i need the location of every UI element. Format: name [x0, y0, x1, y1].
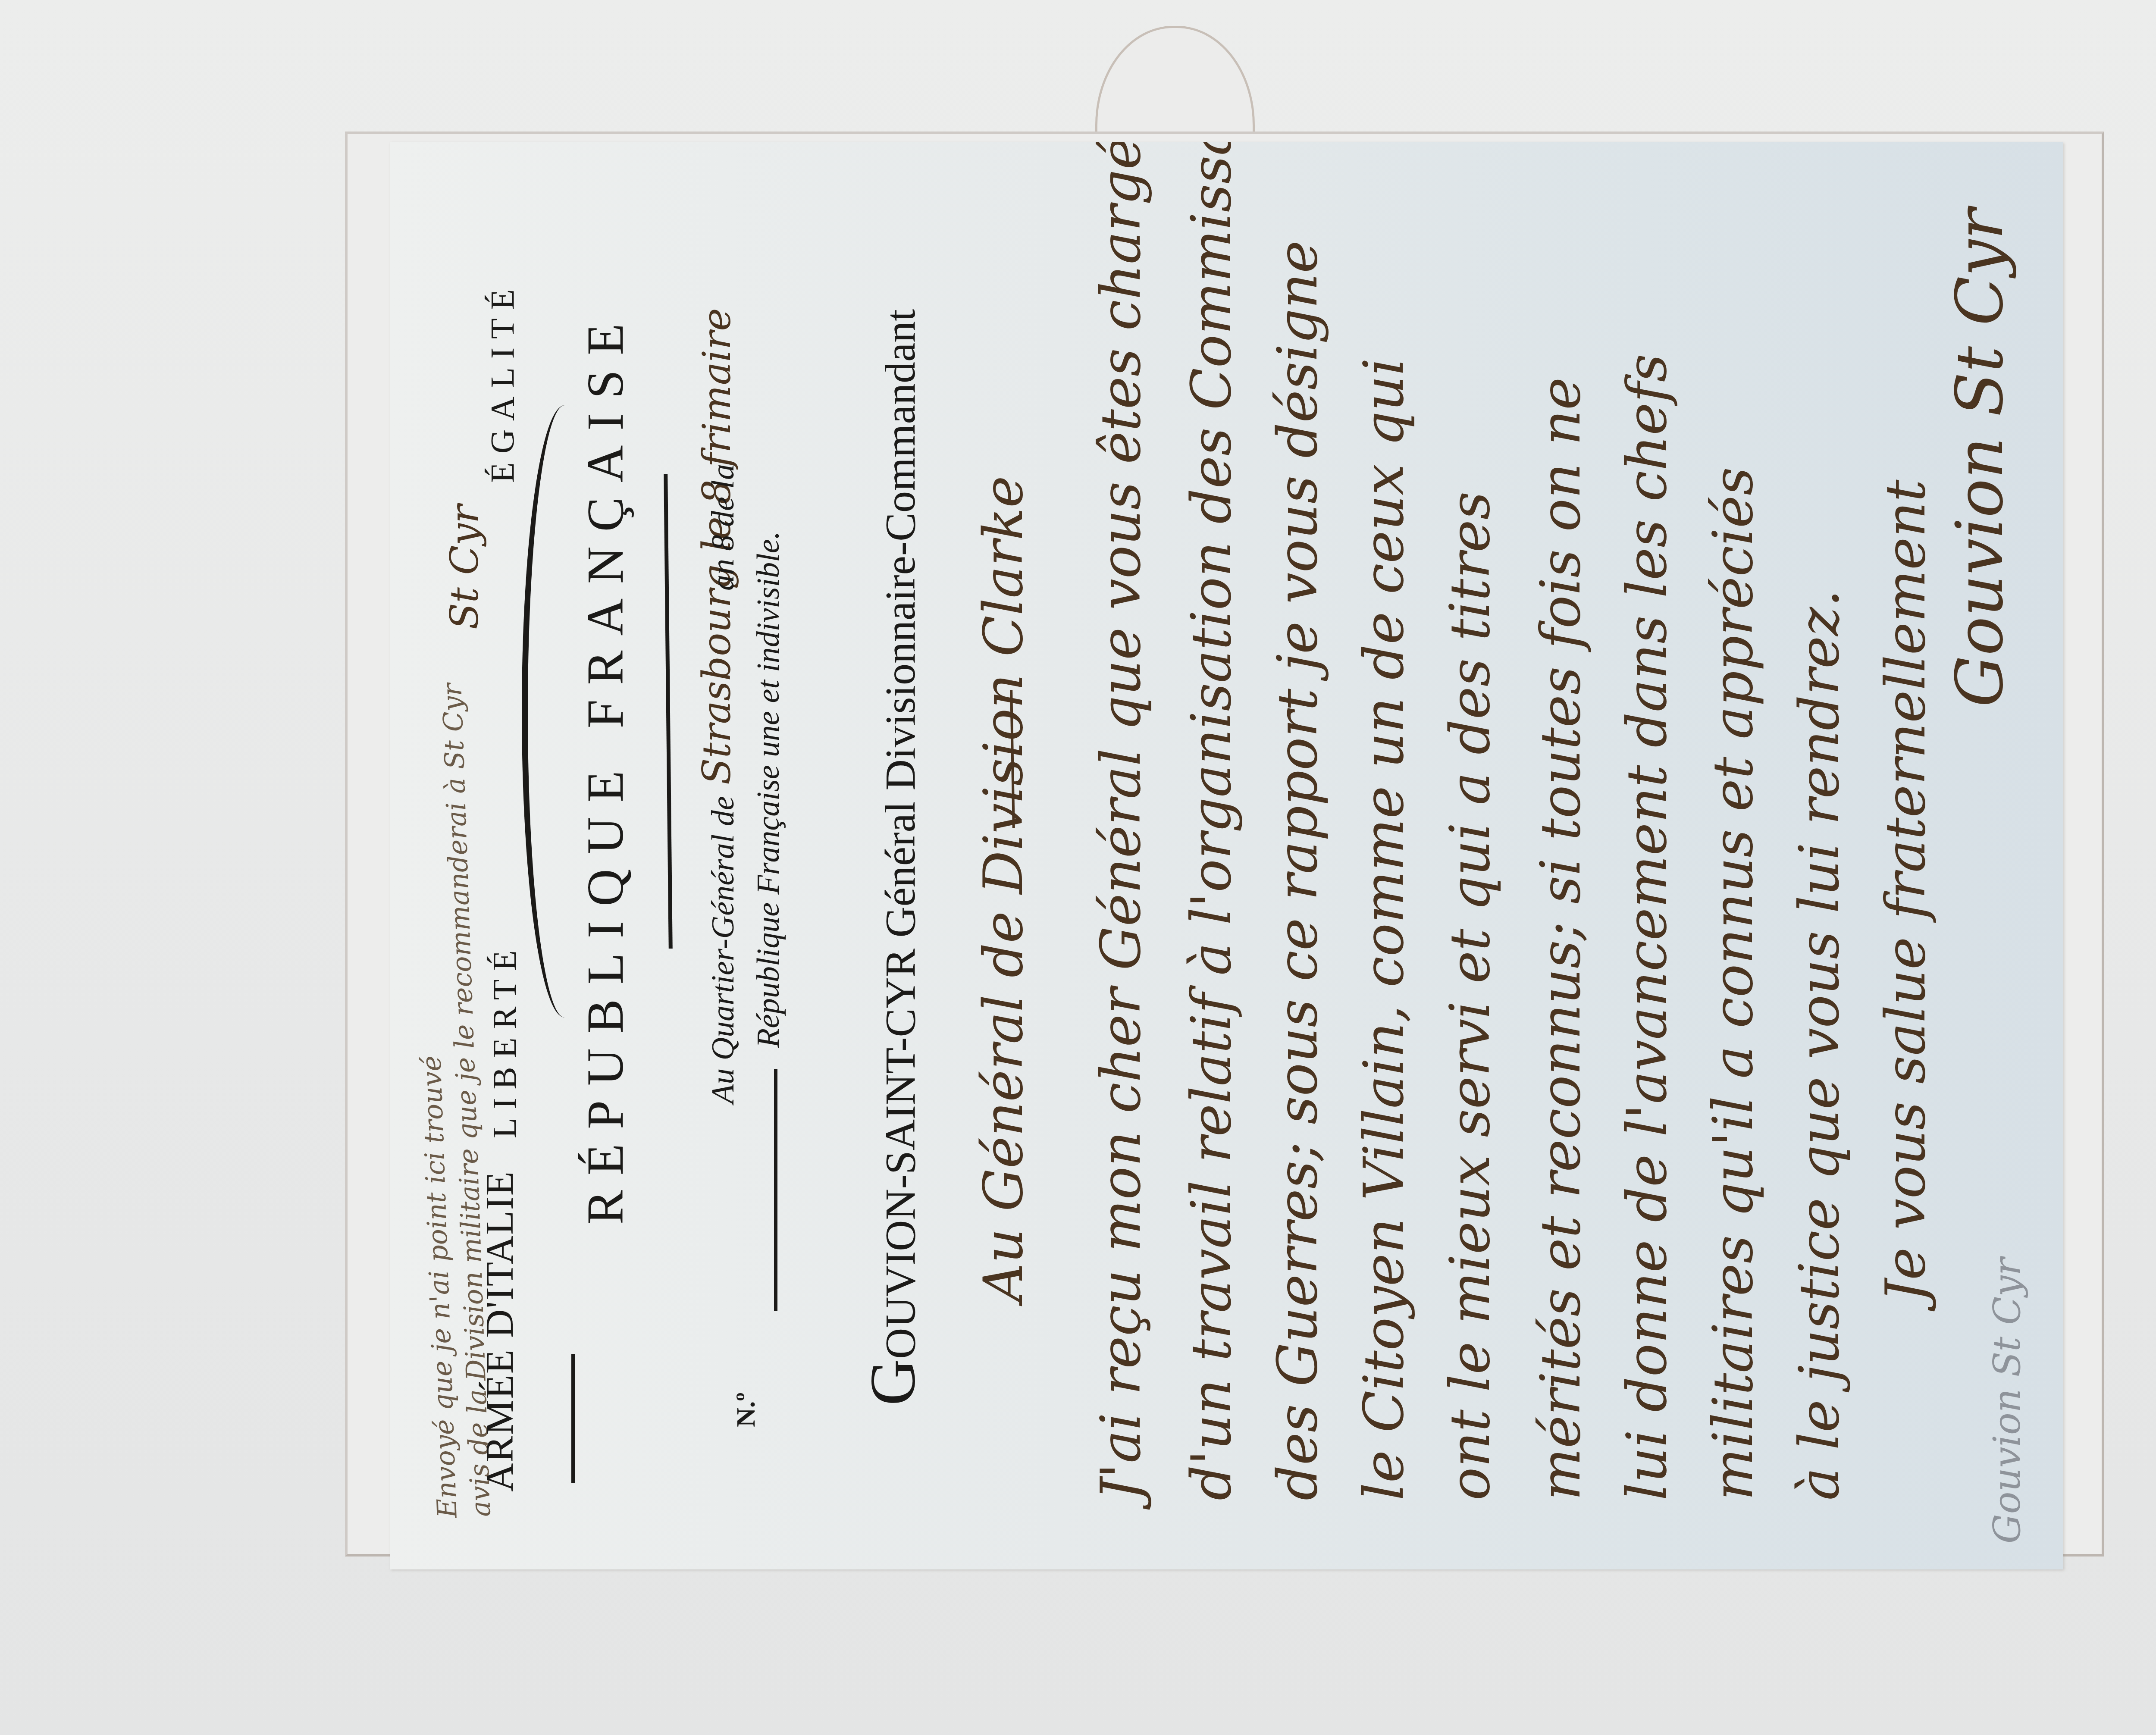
body-line: à le justice que vous lui rendrez. [1787, 589, 1852, 1500]
author-heading: GOUVION-SAINT-CYR Général Divisionnaire-… [856, 309, 930, 1406]
body-line: lui donne de l'avancement dans les chefs [1615, 354, 1679, 1500]
egalite-motto: ÉGALITÉ [483, 281, 522, 483]
salutation: Au Général de Division Clarke [972, 476, 1035, 1302]
body-line: des Guerres; sous ce rapport je vous dés… [1266, 241, 1330, 1500]
letter-paper: Envoyé que je n'ai point ici trouvé avis… [390, 142, 2063, 1569]
author-initial: G [857, 1359, 929, 1406]
quartier-general-prefix: Au Quartier-Général de [705, 796, 742, 1104]
republique-line: République Française une et indivisible. [750, 531, 787, 1048]
letter-page: Envoyé que je n'ai point ici trouvé avis… [390, 142, 2063, 1569]
brace-ornament [522, 405, 575, 1018]
republique-title: RÉPUBLIQUE FRANÇAISE [576, 309, 635, 1225]
body-line: mérités et reconnus; si toutes fois on n… [1529, 377, 1593, 1500]
body-line: militaires qu'il a connus et appréciés [1701, 467, 1765, 1500]
signature: Gouvion St Cyr [1943, 209, 2018, 707]
body-line: d'un travail relatif à l'organisation de… [1179, 142, 1244, 1500]
author-title: OUVION-SAINT-CYR Général Divisionnaire-C… [876, 309, 924, 1359]
header-handwritten-initials: St Cyr [442, 505, 487, 629]
an-label: an 8 de la [705, 464, 742, 591]
pencil-annotation: Gouvion St Cyr [1986, 1258, 2029, 1544]
title-rule [664, 474, 673, 949]
armee-header: ARMÉE D'ITALIE [476, 1171, 522, 1492]
body-line: J'ai reçu mon cher Général que vous êtes… [1089, 142, 1153, 1500]
header-rule [571, 1354, 575, 1483]
body-line: ont le mieux servi et qui a des titres [1438, 492, 1502, 1500]
body-line: le Citoyen Villain, comme un de ceux qui [1352, 358, 1416, 1500]
liberte-motto: LIBERTÉ [485, 942, 524, 1138]
number-rule [774, 1069, 777, 1311]
number-label: N.º [731, 1392, 761, 1427]
closing: Je vous salue fraternellement [1874, 479, 1938, 1302]
